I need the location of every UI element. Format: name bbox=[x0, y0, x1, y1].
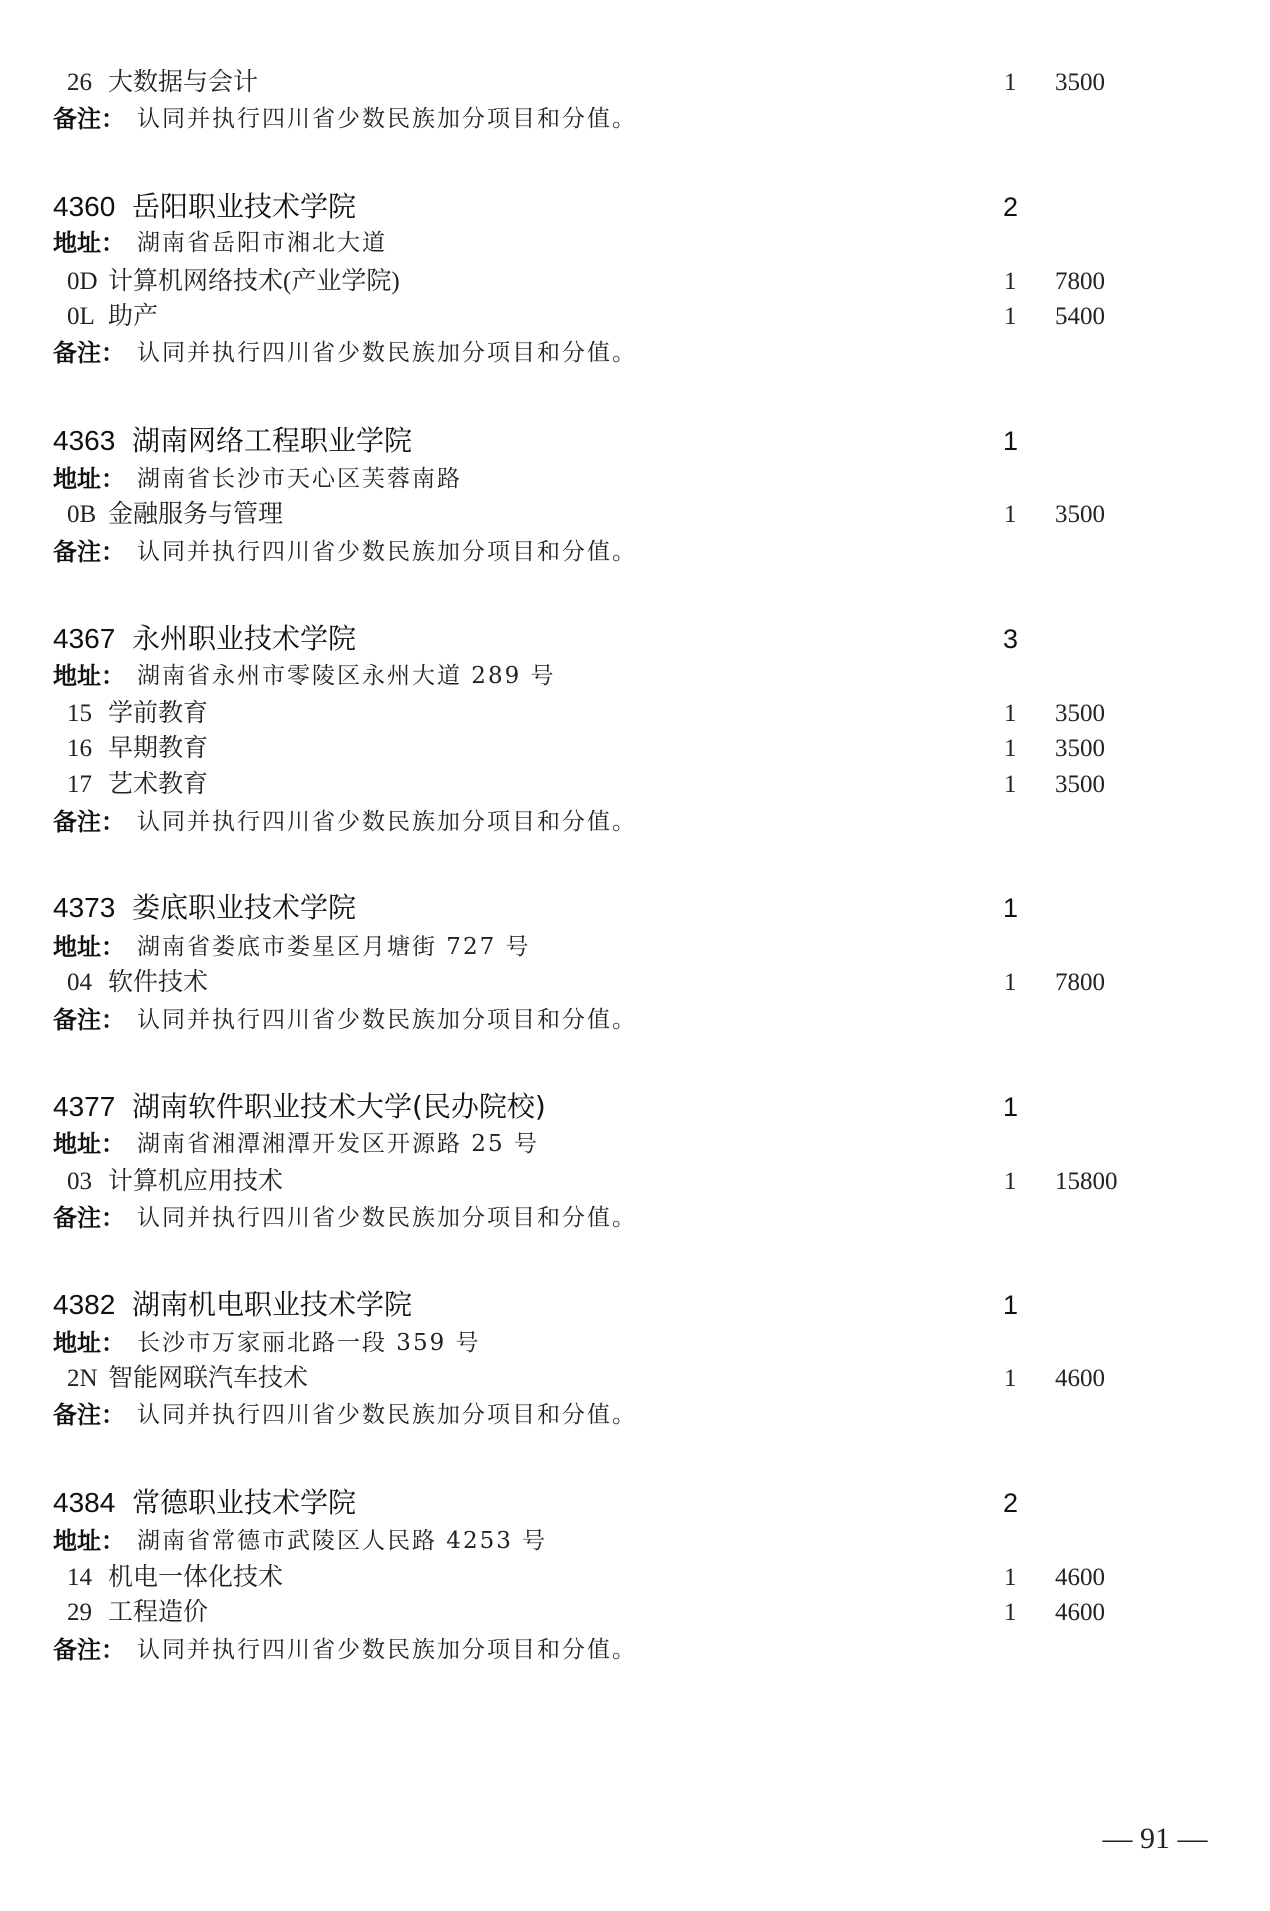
address-row: 地址： 长沙市万家丽北路一段 359 号 bbox=[0, 1325, 1270, 1361]
school-code: 4367 bbox=[53, 621, 115, 657]
note-row: 备注： 认同并执行四川省少数民族加分项目和分值。 bbox=[0, 1200, 1270, 1236]
program-name: 智能网联汽车技术 bbox=[108, 1361, 308, 1397]
school-name: 湖南网络工程职业学院 bbox=[132, 423, 412, 459]
address-row: 地址： 湖南省岳阳市湘北大道 bbox=[0, 225, 1270, 261]
program-name: 早期教育 bbox=[108, 731, 208, 767]
school-code: 4373 bbox=[53, 890, 115, 926]
program-count: 1 bbox=[1004, 1560, 1017, 1596]
document-page: 26 大数据与会计 1 3500 备注： 认同并执行四川省少数民族加分项目和分值… bbox=[0, 0, 1270, 1911]
program-row: 2N 智能网联汽车技术 1 4600 bbox=[0, 1361, 1270, 1397]
program-fee: 4600 bbox=[1055, 1361, 1105, 1397]
note-text: 认同并执行四川省少数民族加分项目和分值。 bbox=[137, 804, 637, 840]
note-label: 备注： bbox=[53, 335, 125, 371]
program-name: 艺术教育 bbox=[108, 767, 208, 803]
note-label: 备注： bbox=[53, 1397, 125, 1433]
program-row: 15 学前教育 1 3500 bbox=[0, 696, 1270, 732]
program-count: 1 bbox=[1004, 1361, 1017, 1397]
school-name: 岳阳职业技术学院 bbox=[132, 189, 356, 225]
note-row: 备注： 认同并执行四川省少数民族加分项目和分值。 bbox=[0, 1632, 1270, 1668]
note-text: 认同并执行四川省少数民族加分项目和分值。 bbox=[137, 1002, 637, 1038]
school-count: 2 bbox=[1003, 1485, 1018, 1521]
program-row: 04 软件技术 1 7800 bbox=[0, 965, 1270, 1001]
address-text: 长沙市万家丽北路一段 359 号 bbox=[137, 1325, 481, 1361]
program-name: 软件技术 bbox=[108, 965, 208, 1001]
address-text: 湖南省娄底市娄星区月塘街 727 号 bbox=[137, 929, 531, 965]
address-text: 湖南省长沙市天心区芙蓉南路 bbox=[137, 461, 462, 497]
program-fee: 4600 bbox=[1055, 1595, 1105, 1631]
school-heading: 4360 岳阳职业技术学院 2 bbox=[0, 189, 1270, 225]
program-row: 0D 计算机网络技术(产业学院) 1 7800 bbox=[0, 264, 1270, 300]
note-label: 备注： bbox=[53, 804, 125, 840]
program-fee: 5400 bbox=[1055, 299, 1105, 335]
note-row: 备注： 认同并执行四川省少数民族加分项目和分值。 bbox=[0, 1002, 1270, 1038]
program-row: 16 早期教育 1 3500 bbox=[0, 731, 1270, 767]
school-count: 1 bbox=[1003, 890, 1018, 926]
school-heading: 4384 常德职业技术学院 2 bbox=[0, 1485, 1270, 1521]
address-text: 湖南省永州市零陵区永州大道 289 号 bbox=[137, 658, 556, 694]
program-name: 计算机网络技术(产业学院) bbox=[108, 264, 400, 300]
program-count: 1 bbox=[1004, 264, 1017, 300]
program-count: 1 bbox=[1004, 1164, 1017, 1200]
program-fee: 3500 bbox=[1055, 65, 1105, 101]
program-fee: 15800 bbox=[1055, 1164, 1118, 1200]
school-code: 4363 bbox=[53, 423, 115, 459]
address-label: 地址： bbox=[53, 461, 125, 497]
program-name: 计算机应用技术 bbox=[108, 1164, 283, 1200]
school-name: 娄底职业技术学院 bbox=[132, 890, 356, 926]
school-count: 1 bbox=[1003, 1089, 1018, 1125]
address-label: 地址： bbox=[53, 225, 125, 261]
school-code: 4382 bbox=[53, 1287, 115, 1323]
address-label: 地址： bbox=[53, 658, 125, 694]
school-code: 4377 bbox=[53, 1089, 115, 1125]
program-count: 1 bbox=[1004, 731, 1017, 767]
program-row: 29 工程造价 1 4600 bbox=[0, 1595, 1270, 1631]
program-code: 16 bbox=[67, 731, 92, 767]
program-row: 03 计算机应用技术 1 15800 bbox=[0, 1164, 1270, 1200]
program-row: 26 大数据与会计 1 3500 bbox=[0, 65, 1270, 101]
note-text: 认同并执行四川省少数民族加分项目和分值。 bbox=[137, 1632, 637, 1668]
note-label: 备注： bbox=[53, 101, 125, 137]
address-label: 地址： bbox=[53, 929, 125, 965]
school-name: 湖南机电职业技术学院 bbox=[132, 1287, 412, 1323]
school-heading: 4367 永州职业技术学院 3 bbox=[0, 621, 1270, 657]
school-code: 4360 bbox=[53, 189, 115, 225]
program-row: 17 艺术教育 1 3500 bbox=[0, 767, 1270, 803]
program-fee: 3500 bbox=[1055, 767, 1105, 803]
school-heading: 4377 湖南软件职业技术大学(民办院校) 1 bbox=[0, 1089, 1270, 1125]
program-name: 工程造价 bbox=[108, 1595, 208, 1631]
program-name: 助产 bbox=[108, 299, 158, 335]
program-fee: 4600 bbox=[1055, 1560, 1105, 1596]
note-label: 备注： bbox=[53, 1002, 125, 1038]
address-text: 湖南省湘潭湘潭开发区开源路 25 号 bbox=[137, 1126, 539, 1162]
note-row: 备注： 认同并执行四川省少数民族加分项目和分值。 bbox=[0, 335, 1270, 371]
address-text: 湖南省常德市武陵区人民路 4253 号 bbox=[137, 1523, 547, 1559]
program-code: 03 bbox=[67, 1164, 92, 1200]
program-code: 04 bbox=[67, 965, 92, 1001]
program-count: 1 bbox=[1004, 696, 1017, 732]
program-fee: 7800 bbox=[1055, 965, 1105, 1001]
program-code: 29 bbox=[67, 1595, 92, 1631]
school-heading: 4373 娄底职业技术学院 1 bbox=[0, 890, 1270, 926]
school-heading: 4382 湖南机电职业技术学院 1 bbox=[0, 1287, 1270, 1323]
note-text: 认同并执行四川省少数民族加分项目和分值。 bbox=[137, 101, 637, 137]
address-row: 地址： 湖南省娄底市娄星区月塘街 727 号 bbox=[0, 929, 1270, 965]
address-row: 地址： 湖南省常德市武陵区人民路 4253 号 bbox=[0, 1523, 1270, 1559]
school-count: 2 bbox=[1003, 189, 1018, 225]
note-text: 认同并执行四川省少数民族加分项目和分值。 bbox=[137, 1200, 637, 1236]
program-code: 0B bbox=[67, 497, 96, 533]
program-code: 17 bbox=[67, 767, 92, 803]
school-name: 常德职业技术学院 bbox=[132, 1485, 356, 1521]
program-code: 2N bbox=[67, 1361, 98, 1397]
note-text: 认同并执行四川省少数民族加分项目和分值。 bbox=[137, 335, 637, 371]
program-count: 1 bbox=[1004, 767, 1017, 803]
program-code: 14 bbox=[67, 1560, 92, 1596]
address-text: 湖南省岳阳市湘北大道 bbox=[137, 225, 387, 261]
program-code: 0D bbox=[67, 264, 98, 300]
page-number: — 91 — bbox=[1070, 1822, 1240, 1856]
address-row: 地址： 湖南省湘潭湘潭开发区开源路 25 号 bbox=[0, 1126, 1270, 1162]
address-row: 地址： 湖南省永州市零陵区永州大道 289 号 bbox=[0, 658, 1270, 694]
program-code: 26 bbox=[67, 65, 92, 101]
note-label: 备注： bbox=[53, 1632, 125, 1668]
note-row: 备注： 认同并执行四川省少数民族加分项目和分值。 bbox=[0, 1397, 1270, 1433]
program-count: 1 bbox=[1004, 965, 1017, 1001]
school-heading: 4363 湖南网络工程职业学院 1 bbox=[0, 423, 1270, 459]
program-code: 15 bbox=[67, 696, 92, 732]
program-code: 0L bbox=[67, 299, 95, 335]
program-count: 1 bbox=[1004, 65, 1017, 101]
program-count: 1 bbox=[1004, 1595, 1017, 1631]
program-fee: 3500 bbox=[1055, 731, 1105, 767]
program-name: 大数据与会计 bbox=[108, 65, 258, 101]
school-count: 3 bbox=[1003, 621, 1018, 657]
program-name: 机电一体化技术 bbox=[108, 1560, 283, 1596]
note-label: 备注： bbox=[53, 534, 125, 570]
program-count: 1 bbox=[1004, 299, 1017, 335]
address-label: 地址： bbox=[53, 1523, 125, 1559]
school-name: 湖南软件职业技术大学(民办院校) bbox=[132, 1089, 546, 1125]
program-count: 1 bbox=[1004, 497, 1017, 533]
program-fee: 3500 bbox=[1055, 497, 1105, 533]
program-row: 14 机电一体化技术 1 4600 bbox=[0, 1560, 1270, 1596]
school-name: 永州职业技术学院 bbox=[132, 621, 356, 657]
note-row: 备注： 认同并执行四川省少数民族加分项目和分值。 bbox=[0, 804, 1270, 840]
school-count: 1 bbox=[1003, 1287, 1018, 1323]
program-fee: 7800 bbox=[1055, 264, 1105, 300]
program-name: 学前教育 bbox=[108, 696, 208, 732]
address-label: 地址： bbox=[53, 1126, 125, 1162]
address-label: 地址： bbox=[53, 1325, 125, 1361]
address-row: 地址： 湖南省长沙市天心区芙蓉南路 bbox=[0, 461, 1270, 497]
program-row: 0L 助产 1 5400 bbox=[0, 299, 1270, 335]
note-text: 认同并执行四川省少数民族加分项目和分值。 bbox=[137, 534, 637, 570]
school-count: 1 bbox=[1003, 423, 1018, 459]
program-name: 金融服务与管理 bbox=[108, 497, 283, 533]
note-label: 备注： bbox=[53, 1200, 125, 1236]
program-fee: 3500 bbox=[1055, 696, 1105, 732]
school-code: 4384 bbox=[53, 1485, 115, 1521]
note-text: 认同并执行四川省少数民族加分项目和分值。 bbox=[137, 1397, 637, 1433]
note-row: 备注： 认同并执行四川省少数民族加分项目和分值。 bbox=[0, 534, 1270, 570]
program-row: 0B 金融服务与管理 1 3500 bbox=[0, 497, 1270, 533]
note-row: 备注： 认同并执行四川省少数民族加分项目和分值。 bbox=[0, 101, 1270, 137]
